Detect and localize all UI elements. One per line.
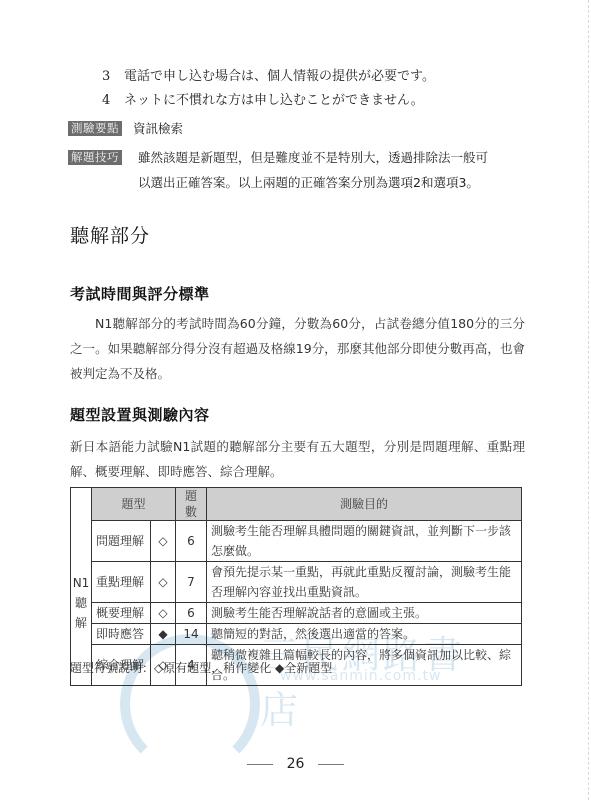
type-purpose: 測驗考生能否理解說話者的意圖或主張。 xyxy=(207,603,522,624)
header-purpose: 測驗目的 xyxy=(207,488,522,521)
tip-body: 雖然該題是新題型，但是難度並不是特別大，透過排除法一般可 以選出正確答案。以上兩… xyxy=(138,145,538,195)
question-types-title: 題型設置與測驗內容 xyxy=(70,404,210,425)
option-number: 3 xyxy=(102,68,124,86)
option-text: 電話で申し込む場合は、個人情報の提供が必要です。 xyxy=(124,69,435,84)
tip-line-2: 以選出正確答案。以上兩題的正確答案分別為選項2和選項3。 xyxy=(138,170,538,195)
header-type: 題型 xyxy=(92,488,176,521)
symbol-legend: 題型符號說明：◇原有題型，稍作變化 ◆全新題型 xyxy=(70,659,332,676)
table-corner-cell xyxy=(71,488,92,521)
option-4: 4ネットに不慣れな方は申し込むことができません。 xyxy=(102,92,424,110)
focus-text: 資訊檢索 xyxy=(133,119,183,139)
option-text: ネットに不慣れな方は申し込むことができません。 xyxy=(124,93,424,108)
type-count: 6 xyxy=(176,603,207,624)
tip-row: 解題技巧 xyxy=(68,148,122,168)
table-row: 概要理解 ◇ 6 測驗考生能否理解說話者的意圖或主張。 xyxy=(71,603,522,624)
exam-time-title: 考試時間與評分標準 xyxy=(70,283,210,304)
type-name: 重點理解 xyxy=(92,562,151,603)
tip-tag: 解題技巧 xyxy=(68,150,122,165)
question-type-table: 題型 題數 測驗目的 N1 聽 解 問題理解 ◇ 6 測驗考生能否理解具體問題的… xyxy=(70,487,522,686)
exam-time-text: N1聽解部分的考試時間為60分鐘，分數為60分，占試卷總分值180分的三分之一。… xyxy=(70,316,525,381)
table-header-row: 題型 題數 測驗目的 xyxy=(71,488,522,521)
page-number: 26 xyxy=(287,756,305,772)
table-row: 即時應答 ◆ 14 聽簡短的對話，然後選出適當的答案。 xyxy=(71,624,522,645)
type-symbol-icon: ◆ xyxy=(151,624,176,645)
type-symbol-icon: ◇ xyxy=(151,562,176,603)
side-label-char-2: 解 xyxy=(71,613,91,633)
type-purpose: 測驗考生能否理解具體問題的關鍵資訊，並判斷下一步該怎麼做。 xyxy=(207,521,522,562)
side-label-n1: N1 xyxy=(71,573,91,593)
focus-row: 測驗要點資訊檢索 xyxy=(68,119,183,139)
footer-dash-left xyxy=(247,764,273,765)
type-count: 7 xyxy=(176,562,207,603)
type-name: 問題理解 xyxy=(92,521,151,562)
focus-tag: 測驗要點 xyxy=(68,121,122,136)
question-types-paragraph: 新日本語能力試驗N1試題的聽解部分主要有五大題型，分別是問題理解、重點理解、概要… xyxy=(70,434,525,484)
table-row: N1 聽 解 問題理解 ◇ 6 測驗考生能否理解具體問題的關鍵資訊，並判斷下一步… xyxy=(71,521,522,562)
section-title: 聽解部分 xyxy=(70,221,150,248)
footer-dash-right xyxy=(318,764,344,765)
option-3: 3電話で申し込む場合は、個人情報の提供が必要です。 xyxy=(102,68,435,86)
page-edge xyxy=(588,0,589,800)
type-count: 14 xyxy=(176,624,207,645)
type-purpose: 會預先提示某一重點，再就此重點反覆討論，測驗考生能否理解內容並找出重點資訊。 xyxy=(207,562,522,603)
type-count: 6 xyxy=(176,521,207,562)
type-name: 即時應答 xyxy=(92,624,151,645)
header-count: 題數 xyxy=(176,488,207,521)
option-number: 4 xyxy=(102,92,124,110)
type-purpose: 聽簡短的對話，然後選出適當的答案。 xyxy=(207,624,522,645)
type-name: 概要理解 xyxy=(92,603,151,624)
type-symbol-icon: ◇ xyxy=(151,603,176,624)
tip-line-1: 雖然該題是新題型，但是難度並不是特別大，透過排除法一般可 xyxy=(138,145,538,170)
exam-time-paragraph: N1聽解部分的考試時間為60分鐘，分數為60分，占試卷總分值180分的三分之一。… xyxy=(70,311,525,386)
table-row: 重點理解 ◇ 7 會預先提示某一重點，再就此重點反覆討論，測驗考生能否理解內容並… xyxy=(71,562,522,603)
page-footer: 26 xyxy=(0,756,591,772)
type-symbol-icon: ◇ xyxy=(151,521,176,562)
side-label-char-1: 聽 xyxy=(71,593,91,613)
